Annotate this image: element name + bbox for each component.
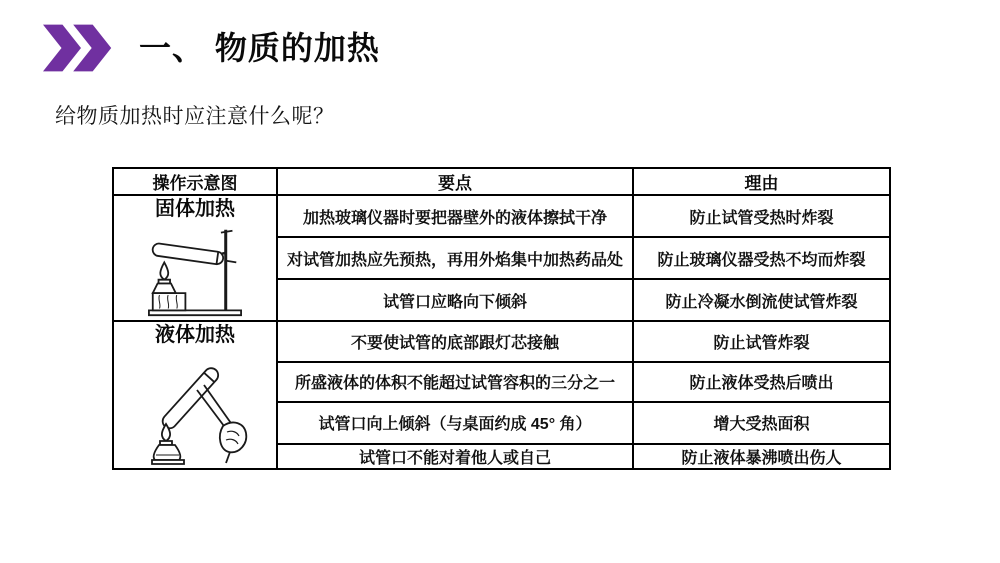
heating-notes-table: 操作示意图 要点 理由 固体加热 [112,167,891,470]
table-row: 固体加热 [113,195,890,237]
liquid-heating-label: 液体加热 [120,322,270,348]
col-header-points: 要点 [277,168,633,195]
table-header-row: 操作示意图 要点 理由 [113,168,890,195]
slide-title: 一、 物质的加热 [139,24,380,72]
title-row: 一、 物质的加热 [43,24,380,72]
solid-heating-label: 固体加热 [120,196,270,222]
solid-heating-illustration [139,224,251,320]
col-header-diagram: 操作示意图 [113,168,277,195]
point-cell: 加热玻璃仪器时要把器壁外的液体擦拭干净 [277,195,633,237]
liquid-heating-cell: 液体加热 [113,321,277,469]
point-cell: 对试管加热应先预热，再用外焰集中加热药品处 [277,237,633,279]
liquid-heating-illustration [139,350,251,468]
reason-cell: 防止冷凝水倒流使试管炸裂 [633,279,890,321]
reason-cell: 防止试管炸裂 [633,321,890,362]
reason-cell: 防止液体暴沸喷出伤人 [633,444,890,469]
point-cell: 试管口不能对着他人或自己 [277,444,633,469]
reason-cell: 增大受热面积 [633,402,890,444]
slide: 一、 物质的加热 给物质加热时应注意什么呢？ 操作示意图 要点 理由 固体加热 [0,0,1000,563]
double-chevron-right-icon [43,24,119,72]
table-row: 液体加热 [113,321,890,362]
point-cell: 试管口应略向下倾斜 [277,279,633,321]
reason-cell: 防止液体受热后喷出 [633,362,890,403]
solid-heating-cell: 固体加热 [113,195,277,321]
point-cell: 试管口向上倾斜（与桌面约成 45° 角） [277,402,633,444]
col-header-reason: 理由 [633,168,890,195]
point-cell: 不要使试管的底部跟灯芯接触 [277,321,633,362]
reason-cell: 防止试管受热时炸裂 [633,195,890,237]
reason-cell: 防止玻璃仪器受热不均而炸裂 [633,237,890,279]
point-cell: 所盛液体的体积不能超过试管容积的三分之一 [277,362,633,403]
slide-subtitle: 给物质加热时应注意什么呢？ [55,100,335,130]
